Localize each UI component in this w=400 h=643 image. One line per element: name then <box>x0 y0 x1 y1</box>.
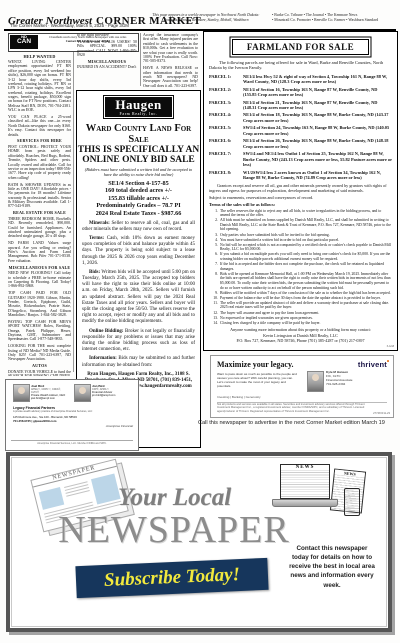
haugen-fact: 2024 Real Estate Taxes - $987.66 <box>77 210 200 218</box>
classified-ad: BATH & SHOWER UPDATES in as little as ON… <box>8 183 71 209</box>
farmland-title: FARMLAND FOR SALE <box>232 39 369 55</box>
classified-ad: LOOKING FOR THE most complete listing of… <box>8 344 71 362</box>
haugen-paragraph-lead: Online Bidding: <box>89 329 124 334</box>
classified-ad: Accept the insurance company's first off… <box>143 33 198 64</box>
ndcan-logo: ND CAN <box>10 35 38 49</box>
haugen-subtitle2: ONLINE ONLY BID SALE <box>77 155 200 165</box>
classified-heading: REAL ESTATE FOR SALE <box>8 211 71 216</box>
thrivent-headline: Maximize your legacy. <box>217 360 294 369</box>
thrivent-logo-dot <box>387 360 389 362</box>
term-text: No expressed or implied warranties are g… <box>220 316 392 321</box>
haugen-logo: Haugen Farm Realty, Inc. <box>103 95 173 119</box>
term-text: You must have submitted a written bid in… <box>220 238 392 243</box>
parcel-row: PARCEL 1: NE1/4 less Hwy 52 & right of w… <box>209 74 392 84</box>
term-text: Payment of the balance due will be due 3… <box>220 296 392 301</box>
thrivent-disclaimer: Not all products and services are availa… <box>217 403 375 413</box>
term-text: Bidders will be notified within 7 days o… <box>220 291 392 296</box>
term-item: 6.If you submit a bid on multiple parcel… <box>209 252 392 261</box>
classified-ad: VIAGRA and CIALIS USERS! 50 Pills SPECIA… <box>77 40 137 58</box>
classified-ad: HAVE A NEWS RELEASE or other information… <box>143 66 198 88</box>
subscribe-badge-label: Subscribe Today! <box>104 564 241 591</box>
subject-note: Subject to easements, reservations and c… <box>209 195 392 200</box>
term-text: The buyer will assume and agree to pay t… <box>220 311 392 316</box>
parcel-label: PARCEL 7: <box>209 151 243 167</box>
classified-ad: PEST CONTROL: PROTECT YOUR HOME from pes… <box>8 145 71 180</box>
haugen-fact: 160 total deeded acres +/- <box>77 187 200 195</box>
term-item: 5.No bid will be accepted which is not a… <box>209 243 392 252</box>
haugen-title: Ward County Land For Sale <box>77 123 200 145</box>
term-number: 14. <box>209 321 220 326</box>
classified-ad: to the right provider! <box>77 33 137 37</box>
parcel-text: SW1/4 and NE1/4 less Outlot 1 of Section… <box>243 151 392 167</box>
classified-ad: PAYING TOP CASH FOR MEN'S SPORT WATCHES!… <box>8 320 71 342</box>
terms-heading: Terms of the sales will be as follows: <box>209 202 392 207</box>
term-item: 8.Bids will be opened at Kenmare Memoria… <box>209 272 392 290</box>
haugen-fact: SE1/4 Section 4-157-85 <box>77 180 200 188</box>
parcel-row: PARCEL 4: NE1/4 of Section 18, Township … <box>209 112 392 122</box>
parcel-label: PARCEL 4: <box>209 112 243 122</box>
farmland-contact-3: P.O. Box 727, Kenmare, ND 58746, Phone (… <box>209 338 392 343</box>
column-rule-2 <box>140 33 141 86</box>
haugen-paragraph: Bids: Written bids will be accepted unti… <box>82 270 195 326</box>
term-text: The seller reserves the right to reject … <box>220 209 392 218</box>
advisor-photo <box>13 384 30 402</box>
advisor-email: joel.bird@ampf.com <box>31 397 69 400</box>
haugen-paragraph-text: Written bids will be accepted until 5:00… <box>82 270 195 325</box>
tablet-masthead: NEWS <box>335 470 365 478</box>
term-item: 13.No expressed or implied warranties ar… <box>209 316 392 321</box>
term-text: All bids must be submitted on forms supp… <box>220 218 392 232</box>
parcel-label: PARCEL 8: <box>209 170 243 180</box>
haugen-fact: 155.83 tillable acres +/- <box>77 195 200 203</box>
classified-heading: SERVICES FOR HIRE <box>8 139 71 144</box>
newspaper-graphic-photo-block <box>39 487 65 510</box>
parcel-label: PARCEL 1: <box>209 74 243 84</box>
term-number: 1. <box>209 209 220 218</box>
haugen-logo-name: Haugen <box>115 98 161 111</box>
haugen-fact: Predominately Grades – 78.7 PI <box>77 202 200 210</box>
legacy-ad: Joel Bird APMA™, CRPC™, CDFA®, CLTC® Pri… <box>5 379 139 451</box>
parcel-text: NE1/4 of Section 21, Township 163 N, Ran… <box>243 100 392 110</box>
term-text: If the bid is accepted and the bidder do… <box>220 262 392 271</box>
haugen-logo-sub: Farm Realty, Inc. <box>115 111 161 116</box>
phone-icon <box>344 488 360 516</box>
classified-ad: THREE BEDROOM HOME, Bowbells ND. Recentl… <box>8 217 71 239</box>
ameriprise-logo: Ameriprise Financial <box>106 424 133 428</box>
farmland-page-mark: 3-GM <box>387 344 394 348</box>
page-note: This page appears in a weekly newspaper … <box>150 13 262 22</box>
parcel-text: W1/2SW1/4 less 2 acres known as Outlot 1… <box>243 170 392 180</box>
promo-contact-text: Contact this newspaper today for details… <box>288 544 376 590</box>
parcel-label: PARCEL 3: <box>209 100 243 110</box>
parcel-label: PARCEL 5: <box>209 125 243 135</box>
thrivent-ad: Maximize your legacy. thrivent Want to p… <box>210 355 394 418</box>
devices-graphic: NEWS NEWS <box>272 462 382 534</box>
newspaper-page: Greater Northwest CORNER MARKET The Corn… <box>0 0 400 643</box>
haugen-paragraph: Online Bidding: Broker is not legally or… <box>82 329 195 354</box>
parcel-row: PARCEL 3: NE1/4 of Section 21, Township … <box>209 100 392 110</box>
term-number: 8. <box>209 272 220 290</box>
classified-column-3: Accept the insurance company's first off… <box>143 33 198 89</box>
farmland-section: FARMLAND FOR SALE The following parcels … <box>203 31 398 351</box>
parcel-text: NE1/4 of Section 26, Township 163 N, Ran… <box>243 138 392 148</box>
term-number: 12. <box>209 311 220 316</box>
term-item: 9.Bidders will be notified within 7 days… <box>209 291 392 296</box>
thrivent-links: Investing | Banking | Generosity <box>217 396 261 400</box>
legacy-advisor-2: Jon Bird CFP®, APMA™ Financial Advisor j… <box>92 384 132 397</box>
advisor-photo <box>307 371 324 392</box>
term-text: The seller will provide an updated abstr… <box>220 301 392 310</box>
term-text: Closing fees charged by a title company … <box>220 321 392 326</box>
term-number: 2. <box>209 218 220 232</box>
footer-strip: Call this newspaper to advertise in the … <box>198 420 385 426</box>
term-number: 7. <box>209 262 220 271</box>
parcel-text: NE1/4 of Section 18, Township 163 N, Ran… <box>243 112 392 122</box>
legacy-divider <box>11 440 133 441</box>
haugen-paragraph: Minerals: Seller to reserve all oil, coa… <box>82 221 195 233</box>
term-item: 10.Payment of the balance due will be du… <box>209 296 392 301</box>
term-number: 10. <box>209 296 220 301</box>
legacy-phone-web: 701.258.9735 | glpwealth59.com <box>13 419 133 423</box>
haugen-paragraph-lead: Minerals: <box>89 221 110 226</box>
dateline: The Corner Market · Wednesday, March 5, … <box>10 23 129 28</box>
farmland-intro: The following parcels are being offered … <box>209 60 392 71</box>
laptop-masthead: NEWS <box>281 465 329 470</box>
thrivent-divider <box>217 402 387 403</box>
term-item: 2.All bids must be submitted on forms su… <box>209 218 392 232</box>
thrivent-logo: thrivent <box>358 360 387 369</box>
classified-heading: MISCELLANEOUS <box>77 60 137 65</box>
term-item: 3.Only parties who have submitted bids w… <box>209 233 392 238</box>
parcel-text: SW1/4 of Section 24, Township 163 N, Ran… <box>243 125 392 135</box>
newspaper-promo: NEWSPAPER Your Local NEWSPAPER Subscribe… <box>6 452 392 632</box>
classified-ad: INJURED IN AN ACCIDENT? Don't <box>77 65 137 69</box>
term-number: 9. <box>209 291 220 296</box>
classified-ad: WENTZ LIVING CENTER employment opportuni… <box>8 60 71 113</box>
haugen-paragraph-lead: Information: <box>89 356 117 361</box>
term-item: 7.If the bid is accepted and the bidder … <box>209 262 392 271</box>
classified-heading: MISCELLANEOUS FOR SALE <box>8 266 71 271</box>
parcel-row: PARCEL 5: SW1/4 of Section 24, Township … <box>209 125 392 135</box>
advisor-phone: 701-628-2394 <box>326 383 386 387</box>
term-number: 13. <box>209 316 220 321</box>
legacy-firm-sub: A private wealth advisory practice of Am… <box>13 410 133 413</box>
thrivent-advisor: Kyle M Hansen FIC, CLTC Financial Associ… <box>326 371 386 386</box>
parcel-text: NE1/4 less Hwy 52 & right of way of Sect… <box>243 74 392 84</box>
legacy-advisor-1: Joel Bird APMA™, CRPC™, CDFA®, CLTC® Pri… <box>31 384 69 400</box>
term-number: 4. <box>209 238 220 243</box>
term-item: 1.The seller reserves the right to rejec… <box>209 209 392 218</box>
term-item: 12.The buyer will assume and agree to pa… <box>209 311 392 316</box>
parcel-label: PARCEL 6: <box>209 138 243 148</box>
haugen-paragraph: Information: Bids may be submitted to an… <box>82 356 195 368</box>
term-text: If you submit a bid on multiple parcels … <box>220 252 392 261</box>
papers-line2: • Mountrail Co. Promoter • Renville Co. … <box>272 18 394 23</box>
grantors-note: Grantors except and reserve all oil, gas… <box>209 183 392 193</box>
parcel-label: PARCEL 2: <box>209 87 243 97</box>
laptop-icon: NEWS <box>280 464 330 499</box>
farmland-contact-1: Anyone wanting more information about th… <box>209 327 392 332</box>
ndcan-logo-bottom: CAN <box>10 39 38 46</box>
classified-ad: ND FARM LAND Values surge upward. Are yo… <box>8 241 71 263</box>
term-item: 14.Closing fees charged by a title compa… <box>209 321 392 326</box>
thrivent-body: Want to pass down as much as possible to… <box>217 373 297 388</box>
classified-column-2: to the right provider! VIAGRA and CIALIS… <box>77 33 137 87</box>
term-number: 3. <box>209 233 220 238</box>
advisor-email: jon.bird@ampf.com <box>92 394 132 397</box>
haugen-paragraph-lead: Bids: <box>89 270 100 275</box>
haugen-note: (Bidders must have submitted a written b… <box>83 168 194 178</box>
classified-ad: YOU CAN PLACE a 25-word classified ad—li… <box>8 115 71 137</box>
classified-ad: TOP CASH PAID FOR OLD GUITARS! 1920-1980… <box>8 291 71 317</box>
parcel-row: PARCEL 8: W1/2SW1/4 less 2 acres known a… <box>209 170 392 180</box>
term-item: 11.The seller will provide an updated ab… <box>209 301 392 310</box>
classified-heading: HELP WANTED <box>8 55 71 60</box>
parcel-row: PARCEL 7: SW1/4 and NE1/4 less Outlot 1 … <box>209 151 392 167</box>
parcel-row: PARCEL 6: NE1/4 of Section 26, Township … <box>209 138 392 148</box>
term-text: Bids will be opened at Kenmare Memorial … <box>220 272 392 290</box>
classified-heading: AUTOS <box>8 364 71 369</box>
thrivent-code: 27748 R11-23 <box>373 412 390 415</box>
column-rule-1 <box>73 52 74 372</box>
term-text: No bid will be accepted which is not acc… <box>220 243 392 252</box>
newspaper-graphic-photo-block <box>91 473 121 504</box>
page-note-line2: Bowbells, Crosby, Kenmare, Stanley, Moha… <box>150 18 262 23</box>
term-number: 5. <box>209 243 220 252</box>
haugen-paragraph-lead: Terms: <box>89 236 104 241</box>
term-number: 6. <box>209 252 220 261</box>
term-number: 11. <box>209 301 220 310</box>
haugen-subtitle1: THIS IS SPECIFICALLY AN <box>77 145 200 155</box>
parcel-row: PARCEL 2: NE1/4 of Section 16, Township … <box>209 87 392 97</box>
parcel-text: NE1/4 of Section 16, Township 163 N, Ran… <box>243 87 392 97</box>
haugen-paragraph: Terms: Cash, with 10% down as earnest mo… <box>82 236 195 267</box>
classified-ad: NEED NEW FLOORING? Call today to schedul… <box>8 271 71 289</box>
term-text: Only parties who have submitted bids wil… <box>220 233 392 238</box>
advisor-photo <box>74 384 91 402</box>
legacy-disclaimer: Ameriprise Financial Services, LLC. Memb… <box>11 442 133 445</box>
legacy-firm-block: Legacy Financial Partners A private weal… <box>13 406 133 423</box>
papers-list: • Burke Co. Tribune • The Journal • The … <box>272 13 394 23</box>
classified-ad: DONATE YOUR VEHICLE to fund the SEARCH F… <box>8 370 71 376</box>
term-item: 4.You must have submitted a written bid … <box>209 238 392 243</box>
laptop-keyboard <box>272 499 338 507</box>
classified-column-1: HELP WANTED WENTZ LIVING CENTER employme… <box>8 52 71 376</box>
